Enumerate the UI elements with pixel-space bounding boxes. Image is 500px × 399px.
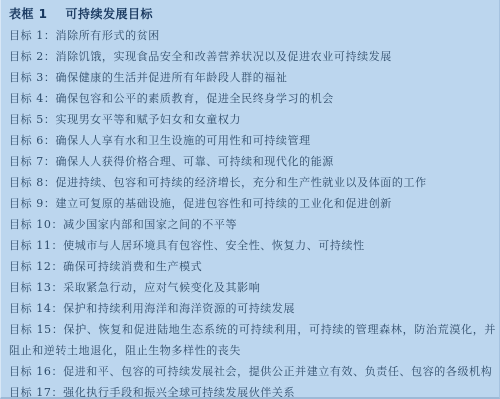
- goal-label: 目标 17：: [9, 386, 63, 399]
- goal-label: 目标 14：: [9, 302, 63, 315]
- goal-text: 促进持续、包容和可持续的经济增长，充分和生产性就业以及体面的工作: [56, 176, 427, 189]
- goal-label: 目标 5：: [9, 113, 56, 126]
- goal-item: 目标 15：保护、恢复和促进陆地生态系统的可持续利用，可持续的管理森林，防治荒漠…: [9, 319, 496, 361]
- goal-item: 目标 8：促进持续、包容和可持续的经济增长，充分和生产性就业以及体面的工作: [9, 172, 496, 193]
- goal-text: 确保包容和公平的素质教育，促进全民终身学习的机会: [56, 92, 334, 105]
- goal-item: 目标 6：确保人人享有水和卫生设施的可用性和可持续管理: [9, 130, 496, 151]
- goal-text: 消除饥饿，实现食品安全和改善营养状况以及促进农业可持续发展: [56, 50, 392, 63]
- goal-item: 目标 10：减少国家内部和国家之间的不平等: [9, 214, 496, 235]
- goal-text: 使城市与人居环境具有包容性、安全性、恢复力、可持续性: [63, 239, 365, 252]
- goal-text: 采取紧急行动，应对气候变化及其影响: [63, 281, 260, 294]
- goal-text: 确保健康的生活并促进所有年龄段人群的福祉: [56, 71, 288, 84]
- box-label: 表框 1: [9, 7, 48, 21]
- goal-label: 目标 10：: [9, 218, 63, 231]
- goal-label: 目标 12：: [9, 260, 63, 273]
- goal-text: 确保可持续消费和生产模式: [63, 260, 202, 273]
- goal-text: 消除所有形式的贫困: [56, 29, 160, 42]
- goal-item: 目标 11：使城市与人居环境具有包容性、安全性、恢复力、可持续性: [9, 235, 496, 256]
- goal-label: 目标 6：: [9, 134, 56, 147]
- goal-text: 减少国家内部和国家之间的不平等: [63, 218, 237, 231]
- box-title-text: 可持续发展目标: [66, 7, 154, 21]
- box-title: 表框 1可持续发展目标: [9, 4, 496, 24]
- goal-label: 目标 9：: [9, 197, 56, 210]
- goal-label: 目标 4：: [9, 92, 56, 105]
- sdg-box: 表框 1可持续发展目标 目标 1：消除所有形式的贫困目标 2：消除饥饿，实现食品…: [0, 0, 500, 399]
- goal-label: 目标 7：: [9, 155, 56, 168]
- goal-label: 目标 16：: [9, 365, 63, 378]
- goal-item: 目标 1：消除所有形式的贫困: [9, 25, 496, 46]
- goal-text: 建立可复原的基础设施，促进包容性和可持续的工业化和促进创新: [56, 197, 392, 210]
- goal-item: 目标 9：建立可复原的基础设施，促进包容性和可持续的工业化和促进创新: [9, 193, 496, 214]
- goal-item: 目标 2：消除饥饿，实现食品安全和改善营养状况以及促进农业可持续发展: [9, 46, 496, 67]
- goal-text: 促进和平、包容的可持续发展社会，提供公正并建立有效、负责任、包容的各级机构: [63, 365, 492, 378]
- goal-label: 目标 3：: [9, 71, 56, 84]
- goal-text: 确保人人获得价格合理、可靠、可持续和现代化的能源: [56, 155, 334, 168]
- goal-label: 目标 1：: [9, 29, 56, 42]
- goal-text: 确保人人享有水和卫生设施的可用性和可持续管理: [56, 134, 311, 147]
- goal-item: 目标 5：实现男女平等和赋予妇女和女童权力: [9, 109, 496, 130]
- goal-label: 目标 11：: [9, 239, 63, 252]
- goal-text: 保护和持续利用海洋和海洋资源的可持续发展: [63, 302, 295, 315]
- goal-item: 目标 17：强化执行手段和振兴全球可持续发展伙伴关系: [9, 382, 496, 399]
- goal-text: 保护、恢复和促进陆地生态系统的可持续利用，可持续的管理森林，防治荒漠化，并阻止和…: [9, 323, 496, 357]
- goal-item: 目标 12：确保可持续消费和生产模式: [9, 256, 496, 277]
- goal-text: 强化执行手段和振兴全球可持续发展伙伴关系: [63, 386, 295, 399]
- goal-item: 目标 3：确保健康的生活并促进所有年龄段人群的福祉: [9, 67, 496, 88]
- goal-label: 目标 13：: [9, 281, 63, 294]
- goal-item: 目标 16：促进和平、包容的可持续发展社会，提供公正并建立有效、负责任、包容的各…: [9, 361, 496, 382]
- goal-item: 目标 14：保护和持续利用海洋和海洋资源的可持续发展: [9, 298, 496, 319]
- goals-list: 目标 1：消除所有形式的贫困目标 2：消除饥饿，实现食品安全和改善营养状况以及促…: [9, 25, 496, 399]
- goal-item: 目标 4：确保包容和公平的素质教育，促进全民终身学习的机会: [9, 88, 496, 109]
- goal-item: 目标 7：确保人人获得价格合理、可靠、可持续和现代化的能源: [9, 151, 496, 172]
- goal-label: 目标 8：: [9, 176, 56, 189]
- goal-text: 实现男女平等和赋予妇女和女童权力: [56, 113, 242, 126]
- goal-label: 目标 2：: [9, 50, 56, 63]
- goal-label: 目标 15：: [9, 323, 64, 336]
- goal-item: 目标 13：采取紧急行动，应对气候变化及其影响: [9, 277, 496, 298]
